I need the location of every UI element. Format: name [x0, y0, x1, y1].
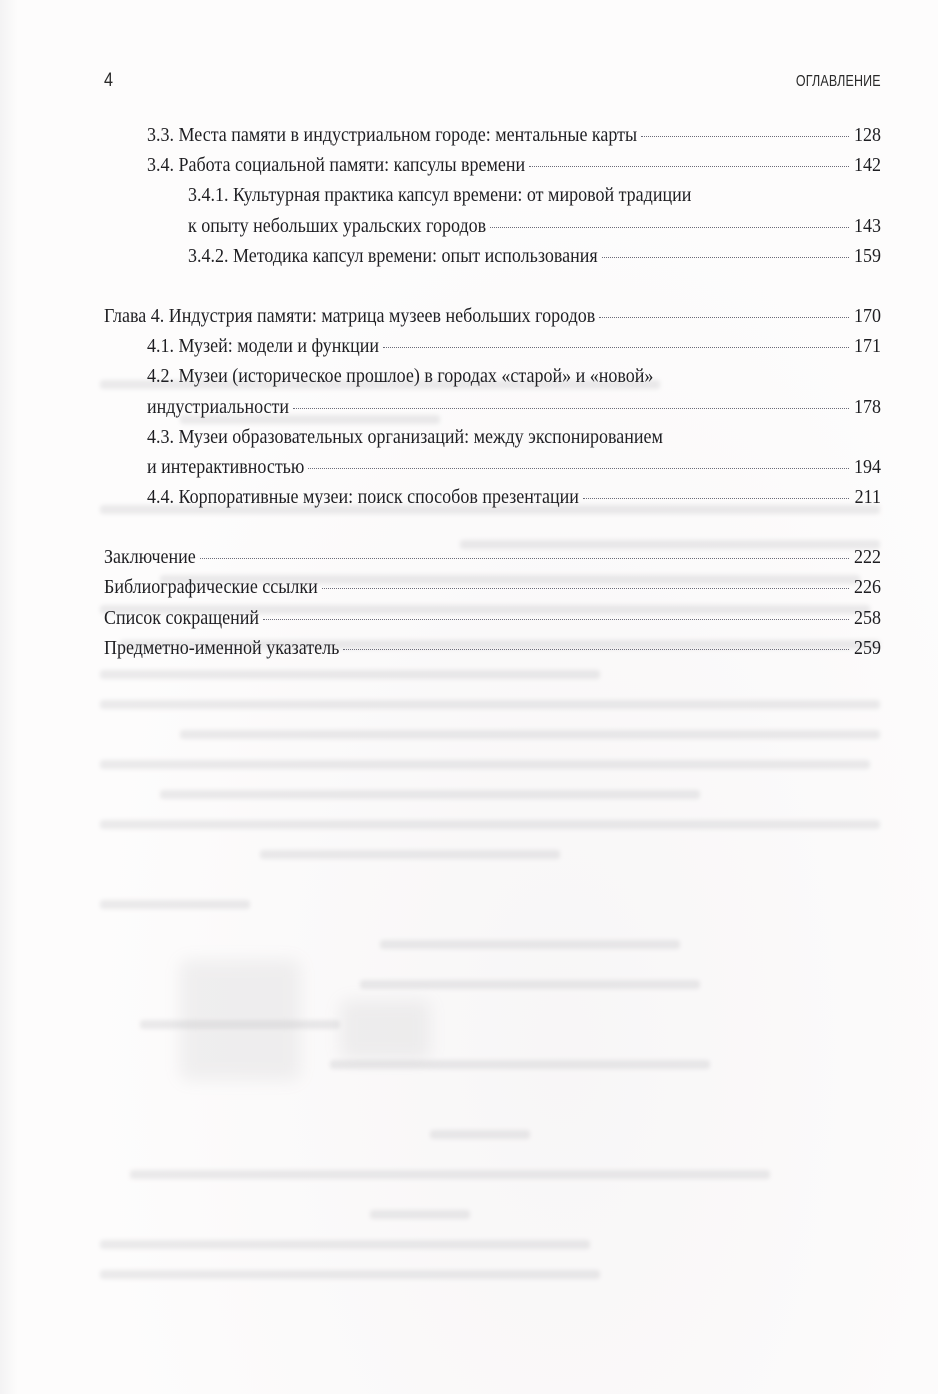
toc-entry-title: Предметно-именной указатель	[104, 633, 339, 663]
toc-entry-title: Библиографические ссылки	[104, 572, 318, 602]
toc-entry: 3.4.2. Методика капсул времени: опыт исп…	[104, 241, 881, 271]
toc-entry: 4.2. Музеи (историческое прошлое) в горо…	[104, 361, 881, 421]
toc-entry: Предметно-именной указатель259	[104, 633, 881, 663]
dot-leader	[641, 136, 849, 137]
dot-leader	[383, 347, 849, 348]
toc-entry: Список сокращений258	[104, 603, 881, 633]
toc-entry-line: 4.2. Музеи (историческое прошлое) в горо…	[104, 361, 881, 391]
toc-page-number: 159	[854, 241, 881, 271]
toc-page-number: 178	[854, 392, 881, 422]
toc-entry: Заключение222	[104, 542, 881, 572]
toc-entry-line: 3.4. Работа социальной памяти: капсулы в…	[104, 150, 881, 180]
toc-entry-line: Библиографические ссылки226	[104, 572, 881, 602]
running-head: 4 ОГЛАВЛЕНИЕ	[104, 70, 881, 96]
toc-entry: 3.3. Места памяти в индустриальном город…	[104, 120, 881, 150]
toc-entry-title: 4.4. Корпоративные музеи: поиск способов…	[147, 482, 579, 512]
toc-entry-title: 3.4.1. Культурная практика капсул времен…	[188, 180, 691, 210]
toc-entry: 3.4.1. Культурная практика капсул времен…	[104, 180, 881, 240]
toc-entry-line: Предметно-именной указатель259	[104, 633, 881, 663]
toc-entry: 3.4. Работа социальной памяти: капсулы в…	[104, 150, 881, 180]
toc-page-number: 142	[854, 150, 881, 180]
dot-leader	[490, 227, 849, 228]
toc-entry-title: 4.1. Музей: модели и функции	[147, 331, 379, 361]
toc-entry-title: 4.2. Музеи (историческое прошлое) в горо…	[147, 361, 653, 391]
toc-page-number: 211	[854, 482, 881, 512]
toc-entry-line: 3.3. Места памяти в индустриальном город…	[104, 120, 881, 150]
dot-leader	[583, 498, 849, 499]
toc-page-number: 222	[854, 542, 881, 572]
toc-page-number: 226	[854, 572, 881, 602]
toc-page-number: 143	[854, 211, 881, 241]
toc-entry-title: Глава 4. Индустрия памяти: матрица музее…	[104, 301, 595, 331]
toc-entry-title: и интерактивностью	[147, 452, 304, 482]
toc-entry-title: индустриальности	[147, 392, 289, 422]
toc-entry-line: 4.4. Корпоративные музеи: поиск способов…	[104, 482, 881, 512]
page-number: 4	[104, 70, 113, 92]
toc-entry-line: 4.1. Музей: модели и функции171	[104, 331, 881, 361]
dot-leader	[293, 408, 849, 409]
toc-entry-title: Заключение	[104, 542, 196, 572]
toc-entry-line: Список сокращений258	[104, 603, 881, 633]
toc-entry-title: к опыту небольших уральских городов	[188, 211, 486, 241]
dot-leader	[529, 166, 849, 167]
toc-page-number: 258	[854, 603, 881, 633]
toc-entry-title: 4.3. Музеи образовательных организаций: …	[147, 422, 663, 452]
toc-page-number: 170	[854, 301, 881, 331]
toc-entry-line: 4.3. Музеи образовательных организаций: …	[104, 422, 881, 452]
toc-entry-title: Список сокращений	[104, 603, 259, 633]
dot-leader	[200, 558, 849, 559]
toc-entry: 4.3. Музеи образовательных организаций: …	[104, 422, 881, 482]
toc-entry: Глава 4. Индустрия памяти: матрица музее…	[104, 301, 881, 331]
toc-entry: 4.1. Музей: модели и функции171	[104, 331, 881, 361]
toc-entry-line: и интерактивностью194	[104, 452, 881, 482]
dot-leader	[263, 619, 849, 620]
toc-entry-line: Заключение222	[104, 542, 881, 572]
dot-leader	[599, 317, 849, 318]
dot-leader	[308, 468, 849, 469]
dot-leader	[343, 649, 849, 650]
toc-page-number: 128	[854, 120, 881, 150]
toc-entry-line: 3.4.1. Культурная практика капсул времен…	[104, 180, 881, 210]
running-head-title: ОГЛАВЛЕНИЕ	[796, 73, 881, 91]
toc-entry: Библиографические ссылки226	[104, 572, 881, 602]
toc-entry-line: к опыту небольших уральских городов143	[104, 211, 881, 241]
toc-entry-line: Глава 4. Индустрия памяти: матрица музее…	[104, 301, 881, 331]
dot-leader	[322, 588, 849, 589]
toc-entry-title: 3.4.2. Методика капсул времени: опыт исп…	[188, 241, 598, 271]
toc-entry-title: 3.3. Места памяти в индустриальном город…	[147, 120, 637, 150]
toc-entry-title: 3.4. Работа социальной памяти: капсулы в…	[147, 150, 525, 180]
toc-page-number: 194	[854, 452, 881, 482]
dot-leader	[602, 257, 849, 258]
toc-page-number: 259	[854, 633, 881, 663]
toc-entry: 4.4. Корпоративные музеи: поиск способов…	[104, 482, 881, 512]
toc-entry-line: индустриальности178	[104, 392, 881, 422]
toc-entry-line: 3.4.2. Методика капсул времени: опыт исп…	[104, 241, 881, 271]
toc-page-number: 171	[854, 331, 881, 361]
table-of-contents: 3.3. Места памяти в индустриальном город…	[104, 120, 881, 663]
